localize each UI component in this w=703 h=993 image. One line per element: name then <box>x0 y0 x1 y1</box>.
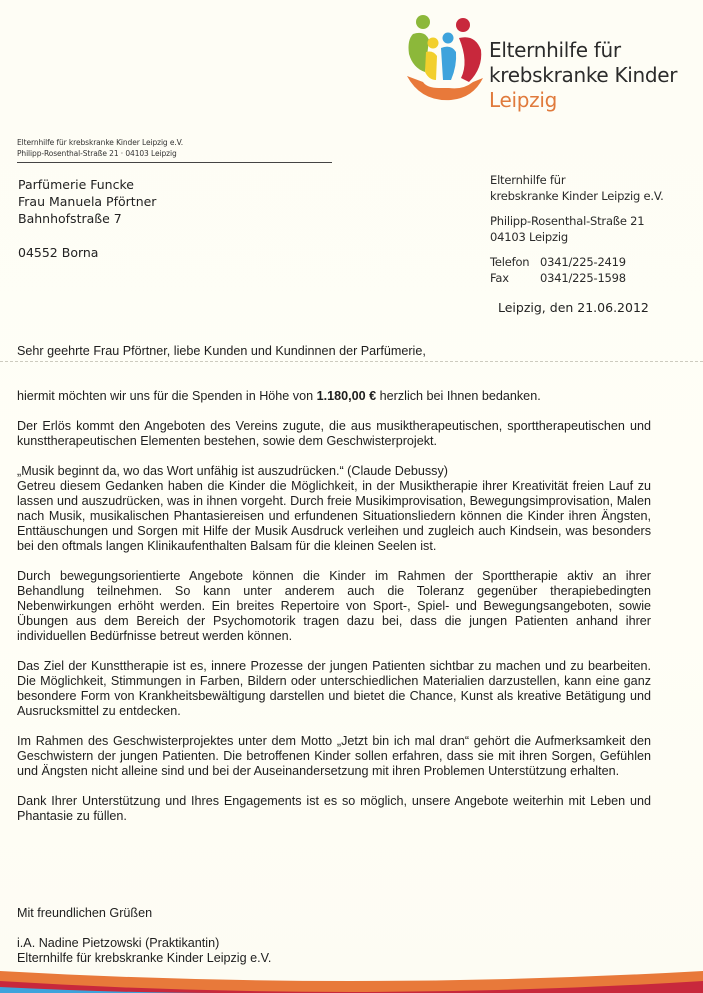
logo-line-2: krebskranke Kinder <box>489 63 677 88</box>
music-therapy-paragraph: Getreu diesem Gedanken haben die Kinder … <box>17 479 651 554</box>
org-name-line-1: Elternhilfe für <box>490 172 664 188</box>
recipient-name: Frau Manuela Pförtner <box>18 193 156 210</box>
logo-wordmark: Elternhilfe für krebskranke Kinder Leipz… <box>489 38 677 113</box>
recipient-address: Parfümerie Funcke Frau Manuela Pförtner … <box>18 176 156 261</box>
org-city: 04103 Leipzig <box>490 229 664 245</box>
organization-contact-block: Elternhilfe für krebskranke Kinder Leipz… <box>490 172 664 295</box>
logo-line-1: Elternhilfe für <box>489 38 677 63</box>
art-therapy-paragraph: Das Ziel der Kunsttherapie ist es, inner… <box>17 659 651 719</box>
letter-page: Elternhilfe für krebskranke Kinder Leipz… <box>0 0 703 993</box>
sport-therapy-paragraph: Durch bewegungsorientierte Angebote könn… <box>17 569 651 644</box>
debussy-quote: „Musik beginnt da, wo das Wort unfähig i… <box>17 464 651 479</box>
recipient-city: 04552 Borna <box>18 244 156 261</box>
fold-line <box>0 361 703 362</box>
sender-line-2: Philipp-Rosenthal-Straße 21 · 04103 Leip… <box>17 148 332 159</box>
phone-number: 0341/225-2419 <box>540 254 626 270</box>
letter-body: hiermit möchten wir uns für die Spenden … <box>17 389 651 839</box>
phone-row: Telefon 0341/225-2419 <box>490 254 664 270</box>
logo-line-3: Leipzig <box>489 88 677 113</box>
fax-label: Fax <box>490 270 540 286</box>
donation-amount: 1.180,00 € <box>317 389 377 403</box>
recipient-company: Parfümerie Funcke <box>18 176 156 193</box>
recipient-street: Bahnhofstraße 7 <box>18 210 156 227</box>
family-hand-logo-icon <box>403 10 487 110</box>
closing-block: Mit freundlichen Grüßen i.A. Nadine Piet… <box>17 906 271 966</box>
closing-greeting: Mit freundlichen Grüßen <box>17 906 271 921</box>
phone-label: Telefon <box>490 254 540 270</box>
sender-return-address: Elternhilfe für krebskranke Kinder Leipz… <box>17 137 332 163</box>
org-street: Philipp-Rosenthal-Straße 21 <box>490 213 664 229</box>
proceeds-paragraph: Der Erlös kommt den Angeboten des Verein… <box>17 419 651 449</box>
fax-number: 0341/225-1598 <box>540 270 626 286</box>
letter-date: Leipzig, den 21.06.2012 <box>498 300 649 315</box>
closing-paragraph: Dank Ihrer Unterstützung und Ihres Engag… <box>17 794 651 824</box>
organization-logo: Elternhilfe für krebskranke Kinder Leipz… <box>403 6 693 126</box>
thanks-paragraph: hiermit möchten wir uns für die Spenden … <box>17 389 651 404</box>
salutation: Sehr geehrte Frau Pförtner, liebe Kunden… <box>17 344 426 358</box>
sender-line-1: Elternhilfe für krebskranke Kinder Leipz… <box>17 137 332 148</box>
footer-color-band <box>0 963 703 993</box>
siblings-project-paragraph: Im Rahmen des Geschwisterprojektes unter… <box>17 734 651 779</box>
fax-row: Fax 0341/225-1598 <box>490 270 664 286</box>
org-name-line-2: krebskranke Kinder Leipzig e.V. <box>490 188 664 204</box>
signer-name: i.A. Nadine Pietzowski (Praktikantin) <box>17 936 271 951</box>
